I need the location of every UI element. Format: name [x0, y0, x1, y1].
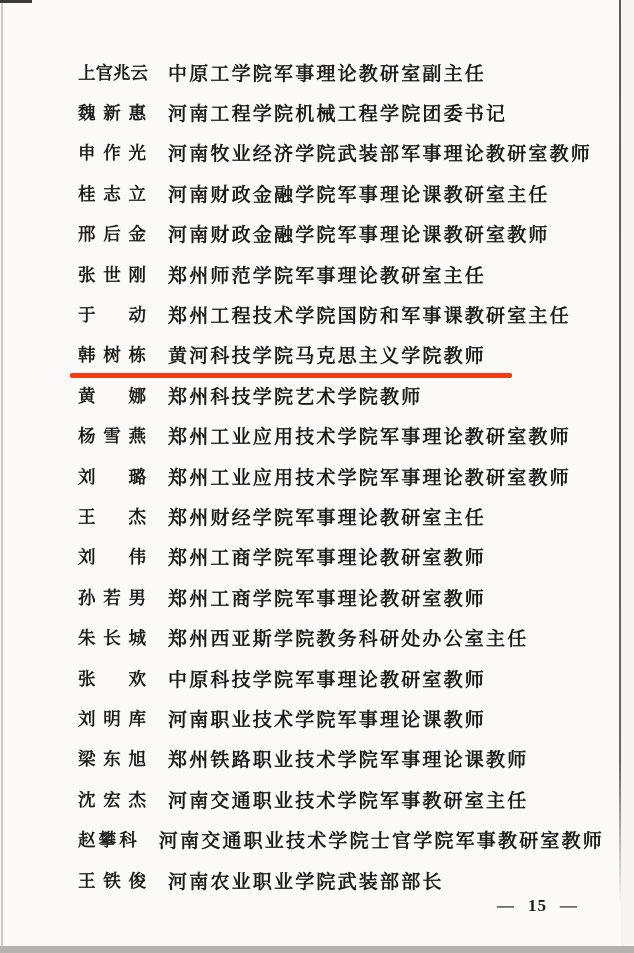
person-title: 郑州工程技术学院国防和军事课教研室主任: [168, 301, 571, 328]
person-name: 张欢: [78, 666, 146, 691]
person-title: 郑州财经学院军事理论教研室主任: [168, 503, 486, 530]
page-number: — 15 —: [497, 896, 578, 916]
list-item: 王铁俊 河南农业职业学院武装部部长: [78, 860, 604, 900]
person-name: 孙若男: [78, 585, 146, 610]
scan-artifact-top-left: [0, 0, 32, 3]
list-item: 王杰 郑州财经学院军事理论教研室主任: [78, 496, 604, 536]
person-name: 王铁俊: [78, 868, 146, 893]
person-name: 上官兆云: [78, 60, 146, 85]
person-name: 于动: [78, 302, 146, 327]
person-name: 邢后金: [78, 221, 146, 246]
scan-edge-left: [1, 0, 3, 953]
list-item: 黄娜 郑州科技学院艺术学院教师: [78, 375, 604, 415]
person-title: 河南交通职业技术学院士官学院军事教研室教师: [159, 826, 604, 853]
person-name: 黄娜: [78, 383, 146, 408]
list-item: 朱长城 郑州西亚斯学院教务科研处办公室主任: [78, 617, 604, 657]
person-name: 刘璐: [78, 464, 146, 489]
document-page: 上官兆云 中原工学院军事理论教研室副主任 魏新惠 河南工程学院机械工程学院团委书…: [0, 0, 634, 953]
person-title: 中原工学院军事理论教研室副主任: [168, 59, 486, 86]
person-title: 郑州工业应用技术学院军事理论教研室教师: [168, 463, 571, 490]
person-title: 河南交通职业技术学院军事教研室主任: [168, 786, 528, 813]
person-title: 河南财政金融学院军事理论课教研室教师: [168, 220, 550, 247]
person-name: 张世刚: [78, 262, 146, 287]
person-title: 郑州工业应用技术学院军事理论教研室教师: [168, 422, 571, 449]
person-title: 郑州工商学院军事理论教研室教师: [168, 584, 486, 611]
page-number-dash-right: —: [560, 896, 578, 916]
person-name: 赵攀科: [78, 827, 137, 852]
page-number-value: 15: [528, 896, 547, 916]
person-title: 河南工程学院机械工程学院团委书记: [168, 99, 507, 126]
person-title: 郑州西亚斯学院教务科研处办公室主任: [168, 624, 528, 651]
list-item: 刘明库 河南职业技术学院军事理论课教师: [78, 698, 604, 738]
person-title: 河南财政金融学院军事理论课教研室主任: [168, 180, 550, 207]
list-item: 于动 郑州工程技术学院国防和军事课教研室主任: [78, 294, 604, 334]
scan-edge-right: [619, 0, 621, 953]
list-item: 刘伟 郑州工商学院军事理论教研室教师: [78, 537, 604, 577]
person-name: 沈宏杰: [78, 787, 146, 812]
scan-edge-bottom: [0, 946, 634, 953]
person-name: 王杰: [78, 504, 146, 529]
list-item: 沈宏杰 河南交通职业技术学院军事教研室主任: [78, 779, 604, 819]
list-item: 赵攀科 河南交通职业技术学院士官学院军事教研室教师: [78, 819, 604, 859]
person-title: 河南牧业经济学院武装部军事理论教研室教师: [168, 139, 592, 166]
list-item: 桂志立 河南财政金融学院军事理论课教研室主任: [78, 173, 604, 213]
list-item: 韩树栋 黄河科技学院马克思主义学院教师: [78, 335, 604, 375]
list-item: 梁东旭 郑州铁路职业技术学院军事理论课教师: [78, 739, 604, 779]
person-name: 杨雪燕: [78, 423, 146, 448]
person-name: 韩树栋: [78, 342, 146, 367]
person-title: 郑州工商学院军事理论教研室教师: [168, 543, 486, 570]
list-item: 张欢 中原科技学院军事理论教研室教师: [78, 658, 604, 698]
person-name: 刘伟: [78, 544, 146, 569]
person-name: 梁东旭: [78, 746, 146, 771]
person-title: 郑州科技学院艺术学院教师: [168, 382, 422, 409]
person-name: 魏新惠: [78, 100, 146, 125]
list-item: 孙若男 郑州工商学院军事理论教研室教师: [78, 577, 604, 617]
person-name: 桂志立: [78, 181, 146, 206]
person-title: 河南农业职业学院武装部部长: [168, 867, 444, 894]
person-title: 中原科技学院军事理论教研室教师: [168, 665, 486, 692]
person-title: 郑州铁路职业技术学院军事理论课教师: [168, 745, 528, 772]
page-number-dash-left: —: [497, 896, 515, 916]
scan-margin-right: [621, 0, 634, 953]
list-item: 杨雪燕 郑州工业应用技术学院军事理论教研室教师: [78, 416, 604, 456]
person-title: 郑州师范学院军事理论教研室主任: [168, 261, 486, 288]
person-name: 刘明库: [78, 706, 146, 731]
list-item: 申作光 河南牧业经济学院武装部军事理论教研室教师: [78, 133, 604, 173]
person-name: 朱长城: [78, 625, 146, 650]
person-name: 申作光: [78, 140, 146, 165]
person-title: 黄河科技学院马克思主义学院教师: [168, 341, 486, 368]
list-item: 邢后金 河南财政金融学院军事理论课教研室教师: [78, 214, 604, 254]
personnel-list: 上官兆云 中原工学院军事理论教研室副主任 魏新惠 河南工程学院机械工程学院团委书…: [78, 52, 604, 900]
list-item: 张世刚 郑州师范学院军事理论教研室主任: [78, 254, 604, 294]
list-item: 上官兆云 中原工学院军事理论教研室副主任: [78, 52, 604, 92]
list-item: 刘璐 郑州工业应用技术学院军事理论教研室教师: [78, 456, 604, 496]
list-item: 魏新惠 河南工程学院机械工程学院团委书记: [78, 92, 604, 132]
person-title: 河南职业技术学院军事理论课教师: [168, 705, 486, 732]
